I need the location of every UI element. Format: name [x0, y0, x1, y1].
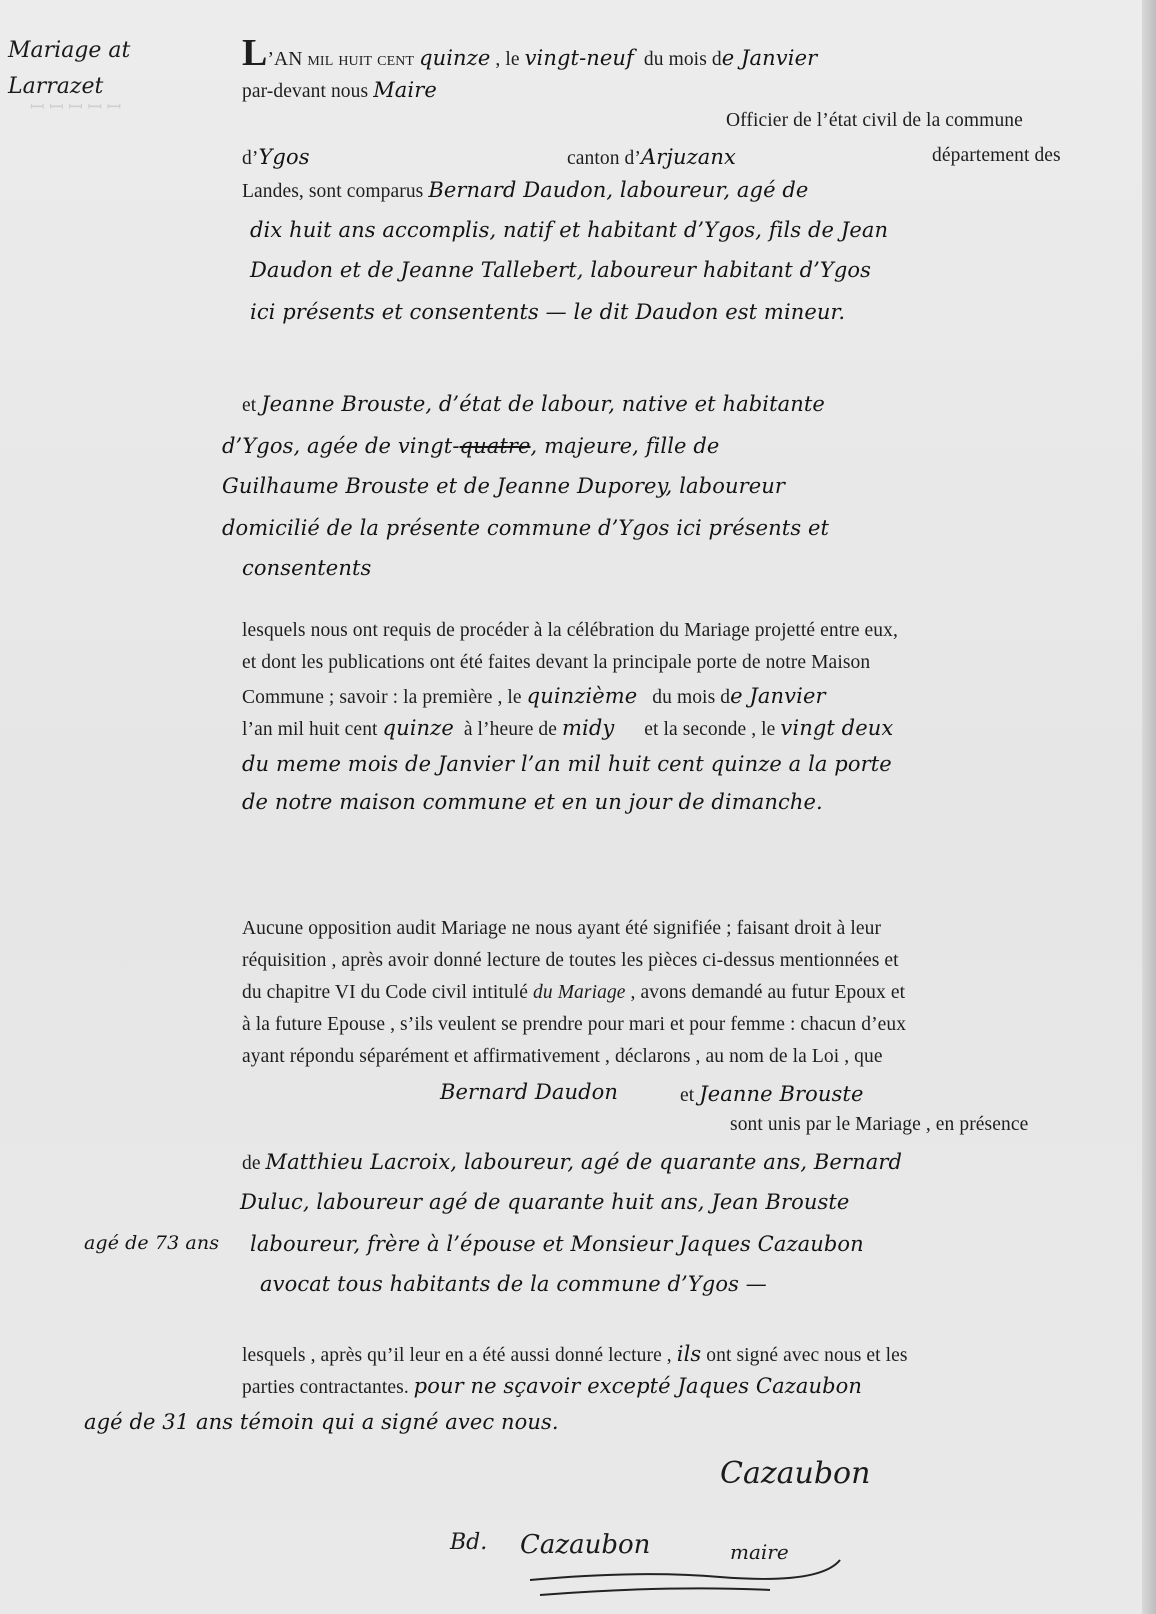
closing-line-3: agé de 31 ans témoin qui a signé avec no… [84, 1410, 559, 1434]
commune-handwritten: Ygos [258, 145, 309, 169]
union-bride: Jeanne Brouste [699, 1082, 863, 1106]
canton-handwritten: Arjuzanx [641, 145, 736, 169]
declaration-line-4: à la future Epouse , s’ils veulent se pr… [242, 1014, 906, 1036]
publications-line-3: Commune ; savoir : la première , le quin… [242, 684, 826, 709]
groom-line-1: dix huit ans accomplis, natif et habitan… [250, 218, 888, 242]
day-handwritten: vingt-neuf [525, 46, 634, 70]
witness-signature: Cazaubon [720, 1456, 870, 1491]
second-publication-day: vingt deux [780, 716, 893, 740]
declaration-line-1: Aucune opposition audit Mariage ne nous … [242, 918, 881, 940]
publications-line-4: l’an mil huit cent quinze à l’heure de m… [242, 716, 893, 741]
margin-note-line2: Larrazet [8, 74, 103, 99]
witness-line-3: laboureur, frère à l’épouse et Monsieur … [250, 1232, 864, 1256]
margin-note-line1: Mariage at [8, 38, 130, 63]
bride-line-1: et Jeanne Brouste, d’état de labour, nat… [242, 392, 825, 417]
groom-handwritten: Bernard Daudon, laboureur, agé de [428, 178, 808, 202]
declaration-line-2: réquisition , après avoir donné lecture … [242, 950, 899, 972]
closing-line-2: parties contractantes. pour ne sçavoir e… [242, 1374, 862, 1399]
witness-line-2: Duluc, laboureur agé de quarante huit an… [240, 1190, 849, 1214]
page-edge [1142, 0, 1156, 1614]
witness-margin-age: agé de 73 ans [84, 1232, 219, 1254]
mayor-signature-prefix: Bd. [450, 1530, 487, 1555]
first-publication-day: quinzième [527, 684, 638, 708]
header-line-3: Officier de l’état civil de la commune [726, 110, 1023, 132]
groom-line-2: Daudon et de Jeanne Tallebert, laboureur… [250, 258, 871, 282]
bride-line-2: d’Ygos, agée de vingt-quatre, majeure, f… [222, 434, 719, 458]
publications-line-5: du meme mois de Janvier l’an mil huit ce… [242, 752, 892, 776]
declaration-line-3: du chapitre VI du Code civil intitulé du… [242, 982, 905, 1004]
officer-handwritten: Maire [373, 78, 437, 102]
signature-flourish-icon [520, 1555, 860, 1605]
struck-word: quatre [460, 434, 531, 458]
bride-line-5: consentents [242, 556, 371, 580]
publications-line-6: de notre maison commune et en un jour de… [242, 790, 823, 814]
closing-line-1: lesquels , après qu’il leur en a été aus… [242, 1342, 908, 1367]
witness-line-1: de Matthieu Lacroix, laboureur, agé de q… [242, 1150, 902, 1175]
header-line-1: L’AN mil huit cent quinze , le vingt-neu… [242, 34, 817, 72]
union-groom: Bernard Daudon [440, 1080, 618, 1104]
year-handwritten: quinze [419, 46, 490, 70]
publications-line-1: lesquels nous ont requis de procéder à l… [242, 620, 898, 642]
publications-line-2: et dont les publications ont été faites … [242, 652, 870, 674]
union-et: et Jeanne Brouste [680, 1082, 863, 1107]
first-publication-month: e Janvier [730, 684, 826, 708]
groom-line-3: ici présents et consentents — le dit Dau… [250, 300, 845, 324]
union-line-2: sont unis par le Mariage , en présence [730, 1114, 1028, 1136]
bride-line-4: domicilié de la présente commune d’Ygos … [222, 516, 829, 540]
month-handwritten: e Janvier [722, 46, 818, 70]
bride-line-3: Guilhaume Brouste et de Jeanne Duporey, … [222, 474, 785, 498]
witness-line-4: avocat tous habitants de la commune d’Yg… [260, 1272, 767, 1296]
publication-hour: midy [562, 716, 614, 740]
declaration-line-5: ayant répondu séparément et affirmativem… [242, 1046, 883, 1068]
header-line-2: par-devant nous Maire [242, 78, 437, 103]
drop-cap: L [242, 32, 267, 74]
header-line-5: Landes, sont comparus Bernard Daudon, la… [242, 178, 808, 203]
header-line-4: d’Ygos canton d’Arjuzanx département des [242, 145, 1122, 170]
civil-register-page: ꟷ ꟷ ꟷ ꟷ ꟷ Mariage at Larrazet L’AN mil h… [0, 0, 1156, 1614]
first-publication-year: quinze [383, 716, 454, 740]
